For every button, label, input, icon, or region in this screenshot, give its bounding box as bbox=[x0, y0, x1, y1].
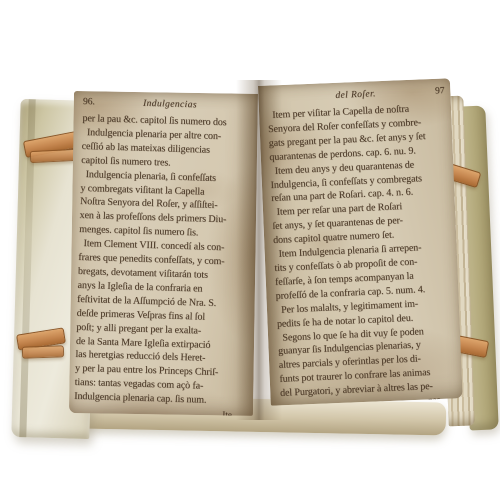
leather-tie-left-top-loop bbox=[30, 149, 77, 163]
left-running-title: Indulgencias bbox=[105, 98, 235, 112]
book-photo: 96. Indulgencias per la pau &c. capitol … bbox=[0, 0, 500, 500]
right-page-number: 97 bbox=[422, 86, 444, 97]
right-page-lines: Item per viſitar la Capella de noſtraSen… bbox=[267, 101, 458, 401]
left-page-text-block: 96. Indulgencias per la pau &c. capitol … bbox=[74, 97, 257, 416]
right-page: del Roſer. 97 Item per viſitar la Capell… bbox=[258, 78, 463, 405]
left-page: 96. Indulgencias per la pau &c. capitol … bbox=[69, 91, 258, 416]
header-spacer bbox=[267, 100, 289, 101]
leather-tie-left-bottom-loop bbox=[22, 345, 64, 358]
header-spacer bbox=[235, 108, 257, 109]
left-page-number: 96. bbox=[83, 97, 105, 108]
right-page-text-block: del Roſer. 97 Item per viſitar la Capell… bbox=[266, 86, 458, 406]
right-running-title: del Roſer. bbox=[288, 87, 422, 103]
left-page-lines: per la pau &c. capitol ſis numero dos In… bbox=[74, 112, 257, 409]
